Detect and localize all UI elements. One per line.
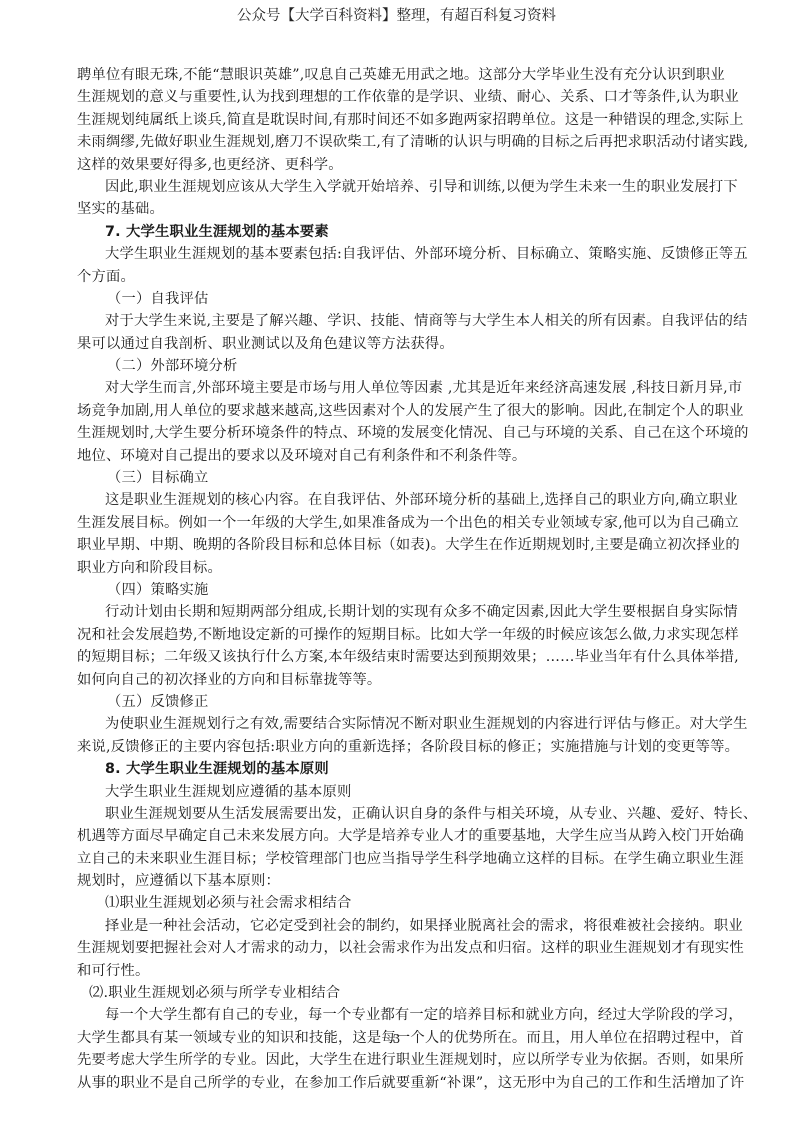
principle-heading: ⑵.职业生涯规划必须与所学专业相结合 <box>77 982 725 1004</box>
paragraph-line: 规划时，应遵循以下基本原则： <box>77 870 725 892</box>
paragraph-line: 职业方向和阶段目标。 <box>77 557 725 579</box>
paragraph-line: 的短期目标；二年级又该执行什么方案,本年级结束时需要达到预期效果；……毕业当年有… <box>77 646 725 668</box>
paragraph-first-line: 择业是一种社会活动，它必定受到社会的制约，如果择业脱离社会的需求，将很难被社会接… <box>77 915 725 937</box>
page-header: 公众号【大学百科资料】整理，有超百科复习资料 <box>0 4 793 25</box>
paragraph-line: 和可行性。 <box>77 960 725 982</box>
paragraph-first-line: 每一个大学生都有自己的专业，每一个专业都有一定的培养目标和就业方向，经过大学阶段… <box>77 1004 725 1026</box>
paragraph-first-line: 大学生职业生涯规划的基本要素包括:自我评估、外部环境分析、目标确立、策略实施、反… <box>77 243 725 265</box>
paragraph-first-line: 为使职业生涯规划行之有效,需要结合实际情况不断对职业生涯规划的内容进行评估与修正… <box>77 713 725 735</box>
paragraph-line: 生涯发展目标。例如一个一年级的大学生,如果准备成为一个出色的相关专业领域专家,他… <box>77 512 725 534</box>
subsection-heading: （五）反馈修正 <box>77 691 725 713</box>
paragraph-line: 机遇等方面尽早确定自己未来发展方向。大学是培养专业人才的重要基地，大学生应当从跨… <box>77 825 725 847</box>
paragraph-first-line: ⑴职业生涯规划必须与社会需求相结合 <box>77 892 725 914</box>
paragraph-line: 如何向自己的初次择业的方向和目标靠拢等等。 <box>77 669 725 691</box>
paragraph-line: 从事的职业不是自己所学的专业，在参加工作后就要重新“补课”，这无形中为自己的工作… <box>77 1072 725 1094</box>
paragraph-line: 未雨绸缪,先做好职业生涯规划,磨刀不误砍柴工,有了清晰的认识与明确的目标之后再把… <box>77 131 725 153</box>
paragraph-line: 生涯规划时,大学生要分析环境条件的特点、环境的发展变化情况、自己与环境的关系、自… <box>77 422 725 444</box>
paragraph-line: 个方面。 <box>77 266 725 288</box>
subsection-heading: （三）目标确立 <box>77 467 725 489</box>
paragraph-line: 先要考虑大学生所学的专业。因此，大学生在进行职业生涯规划时，应以所学专业为依据。… <box>77 1049 725 1071</box>
page-number: 3 <box>0 1032 793 1046</box>
paragraph-line: 生涯规划的意义与重要性,认为找到理想的工作依靠的是学识、业绩、耐心、关系、口才等… <box>77 86 725 108</box>
paragraph-first-line: 职业生涯规划要从生活发展需要出发，正确认识自身的条件与相关环境，从专业、兴趣、爱… <box>77 803 725 825</box>
paragraph-line: 这样的效果要好得多,也更经济、更科学。 <box>77 154 725 176</box>
paragraph-line: 立自己的未来职业生涯目标；学校管理部门也应当指导学生科学地确立这样的目标。在学生… <box>77 848 725 870</box>
paragraph-line: 职业早期、中期、晚期的各阶段目标和总体目标（如表)。大学生在作近期规划时,主要是… <box>77 534 725 556</box>
paragraph-first-line: 对于大学生来说,主要是了解兴趣、学识、技能、情商等与大学生本人相关的所有因素。自… <box>77 310 725 332</box>
subsection-heading: （四）策略实施 <box>77 579 725 601</box>
paragraph-line: 生涯规划纯属纸上谈兵,简直是耽误时间,有那时间还不如多跑两家招聘单位。这是一种错… <box>77 109 725 131</box>
section-heading: 7. 大学生职业生涯规划的基本要素 <box>77 221 725 243</box>
paragraph-line: 况和社会发展趋势,不断地设定新的可操作的短期目标。比如大学一年级的时候应该怎么做… <box>77 624 725 646</box>
paragraph-line: 坚实的基础。 <box>77 198 725 220</box>
document-body: 聘单位有眼无珠,不能“慧眼识英雄”,叹息自己英雄无用武之地。这部分大学毕业生没有… <box>77 64 725 1094</box>
paragraph-line: 地位、环境对自己提出的要求以及环境对自己有利条件和不利条件等。 <box>77 445 725 467</box>
paragraph-first-line: 大学生职业生涯规划应遵循的基本原则 <box>77 781 725 803</box>
subsection-heading: （二）外部环境分析 <box>77 355 725 377</box>
section-heading: 8. 大学生职业生涯规划的基本原则 <box>77 758 725 780</box>
paragraph-line: 生涯规划要把握社会对人才需求的动力，以社会需求作为出发点和归宿。这样的职业生涯规… <box>77 937 725 959</box>
paragraph-line: 来说,反馈修正的主要内容包括:职业方向的重新选择；各阶段目标的修正；实施措施与计… <box>77 736 725 758</box>
paragraph-first-line: 对大学生而言,外部环境主要是市场与用人单位等因素 ,尤其是近年来经济高速发展 ,… <box>77 377 725 399</box>
paragraph-first-line: 因此,职业生涯规划应该从大学生入学就开始培养、引导和训练,以便为学生未来一生的职… <box>77 176 725 198</box>
paragraph-first-line: 行动计划由长期和短期两部分组成,长期计划的实现有众多不确定因素,因此大学生要根据… <box>77 601 725 623</box>
paragraph-first-line: 这是职业生涯规划的核心内容。在自我评估、外部环境分析的基础上,选择自己的职业方向… <box>77 489 725 511</box>
paragraph-line: 场竞争加剧,用人单位的要求越来越高,这些因素对个人的发展产生了很大的影响。因此,… <box>77 400 725 422</box>
paragraph-line: 果可以通过自我剖析、职业测试以及角色建议等方法获得。 <box>77 333 725 355</box>
subsection-heading: （一）自我评估 <box>77 288 725 310</box>
paragraph-line: 聘单位有眼无珠,不能“慧眼识英雄”,叹息自己英雄无用武之地。这部分大学毕业生没有… <box>77 64 725 86</box>
